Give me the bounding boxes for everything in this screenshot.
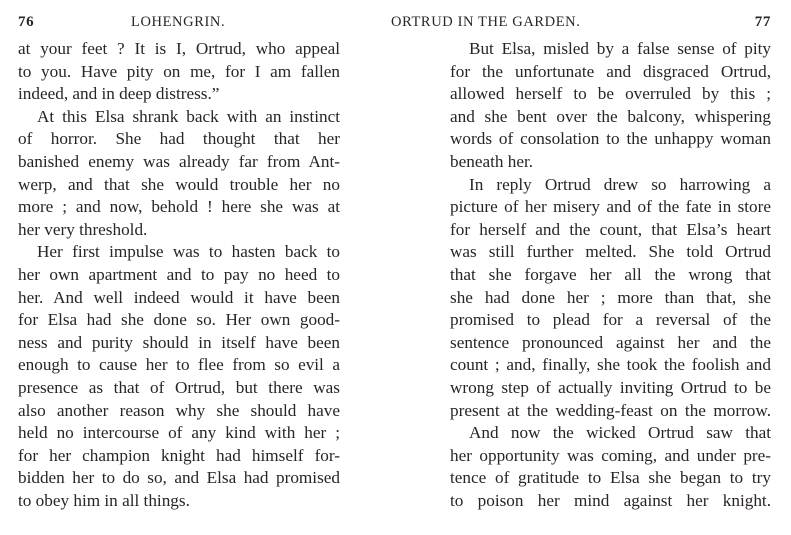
- text-line: werp, and that she would trouble her no: [18, 174, 340, 197]
- running-head: LOHENGRIN.: [131, 14, 225, 31]
- text-line: her opportunity was coming, and under pr…: [450, 445, 771, 468]
- text-line: her own apartment and to pay no heed to: [18, 264, 340, 287]
- text-line: beneath her.: [450, 151, 771, 174]
- text-line: presence as that of Ortrud, but there wa…: [18, 377, 340, 400]
- left-page-header: 76 LOHENGRIN.: [18, 14, 340, 32]
- left-page-body: at your feet ? It is I, Ortrud, who appe…: [18, 38, 340, 512]
- text-line: for Elsa had she done so. Her own good-: [18, 309, 340, 332]
- text-line: more ; and now, behold ! here she was at: [18, 196, 340, 219]
- running-head: ORTRUD IN THE GARDEN.: [391, 14, 580, 31]
- text-line: count ; and, finally, she took the fooli…: [450, 354, 771, 377]
- text-line: for herself and the count, that Elsa’s h…: [450, 219, 771, 242]
- text-line: bidden her to do so, and Elsa had promis…: [18, 467, 340, 490]
- text-line: her very threshold.: [18, 219, 340, 242]
- text-line: to you. Have pity on me, for I am fallen: [18, 61, 340, 84]
- text-line: indeed, and in deep distress.”: [18, 83, 340, 106]
- text-line: ness and purity should in itself have be…: [18, 332, 340, 355]
- page-number: 77: [755, 14, 771, 31]
- text-line: Her first impulse was to hasten back to: [18, 241, 340, 264]
- text-line: allowed herself to be overruled by this …: [450, 83, 771, 106]
- text-line: held no intercourse of any kind with her…: [18, 422, 340, 445]
- text-line: At this Elsa shrank back with an instinc…: [18, 106, 340, 129]
- text-line: sentence pronounced against her and the: [450, 332, 771, 355]
- text-line: to obey him in all things.: [18, 490, 340, 513]
- right-page: ORTRUD IN THE GARDEN. 77 But Elsa, misle…: [450, 0, 771, 535]
- text-line: wrong step of actually inviting Ortrud t…: [450, 377, 771, 400]
- text-line: And now the wicked Ortrud saw that: [450, 422, 771, 445]
- text-line: enough to cause her to flee from so evil…: [18, 354, 340, 377]
- text-line: present at the wedding-feast on the morr…: [450, 400, 771, 423]
- text-line: for her champion knight had himself for-: [18, 445, 340, 468]
- left-page: 76 LOHENGRIN. at your feet ? It is I, Or…: [18, 0, 340, 535]
- text-line: she had done her ; more than that, she: [450, 287, 771, 310]
- text-line: In reply Ortrud drew so harrowing a: [450, 174, 771, 197]
- text-line: words of consolation to the unhappy woma…: [450, 128, 771, 151]
- text-line: her. And well indeed would it have been: [18, 287, 340, 310]
- text-line: promised to plead for a reversal of the: [450, 309, 771, 332]
- text-line: to poison her mind against her knight.: [450, 490, 771, 513]
- text-line: was still further melted. She told Ortru…: [450, 241, 771, 264]
- text-line: also another reason why she should have: [18, 400, 340, 423]
- text-line: of horror. She had thought that her: [18, 128, 340, 151]
- right-page-body: But Elsa, misled by a false sense of pit…: [450, 38, 771, 512]
- right-page-header: ORTRUD IN THE GARDEN. 77: [450, 14, 771, 32]
- text-line: banished enemy was already far from Ant-: [18, 151, 340, 174]
- text-line: tence of gratitude to Elsa she began to …: [450, 467, 771, 490]
- text-line: at your feet ? It is I, Ortrud, who appe…: [18, 38, 340, 61]
- page-number: 76: [18, 14, 34, 31]
- text-line: and she bent over the balcony, whisperin…: [450, 106, 771, 129]
- text-line: for the unfortunate and disgraced Ortrud…: [450, 61, 771, 84]
- text-line: picture of her misery and of the fate in…: [450, 196, 771, 219]
- text-line: that she forgave her all the wrong that: [450, 264, 771, 287]
- text-line: But Elsa, misled by a false sense of pit…: [450, 38, 771, 61]
